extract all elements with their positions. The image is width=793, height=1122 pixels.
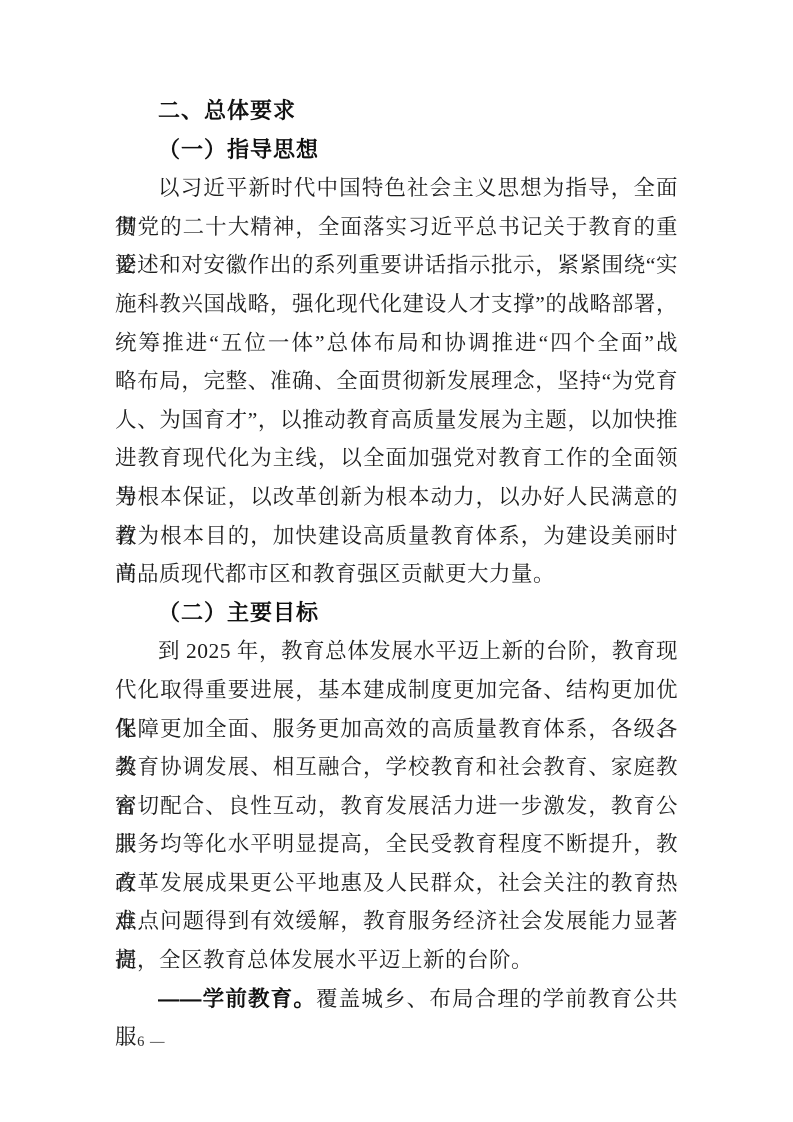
paragraph-line: 施科教兴国战略，强化现代化建设人才支撑”的战略部署， bbox=[115, 285, 678, 324]
paragraph-line: 略布局，完整、准确、全面贯彻新发展理念，坚持“为党育 bbox=[115, 362, 678, 401]
paragraph-line: 到 2025 年，教育总体发展水平迈上新的台阶，教育现 bbox=[115, 632, 678, 671]
paragraph-line: 改革发展成果更公平地惠及人民群众，社会关注的教育热点 bbox=[115, 864, 678, 903]
paragraph-line: 高品质现代都市区和教育强区贡献更大力量。 bbox=[115, 555, 678, 594]
paragraph-line: 彻党的二十大精神，全面落实习近平总书记关于教育的重要 bbox=[115, 208, 678, 247]
paragraph-line: 为根本保证，以改革创新为根本动力，以办好人民满意的教 bbox=[115, 478, 678, 517]
main-heading: 二、总体要求 bbox=[115, 92, 678, 131]
dash-item-line: ——学前教育。覆盖城乡、布局合理的学前教育公共服 bbox=[115, 980, 678, 1019]
paragraph-line: 进教育现代化为主线，以全面加强党对教育工作的全面领导 bbox=[115, 439, 678, 478]
dash-item-lead: ——学前教育。 bbox=[158, 987, 316, 1011]
paragraph-line: 育为根本目的，加快建设高质量教育体系，为建设美丽时尚 bbox=[115, 517, 678, 556]
paragraph-line: 论述和对安徽作出的系列重要讲话指示批示，紧紧围绕“实 bbox=[115, 246, 678, 285]
paragraph-line: 教育协调发展、相互融合，学校教育和社会教育、家庭教育 bbox=[115, 748, 678, 787]
paragraph-line: 保障更加全面、服务更加高效的高质量教育体系，各级各类 bbox=[115, 710, 678, 749]
paragraph-line: 以习近平新时代中国特色社会主义思想为指导，全面贯 bbox=[115, 169, 678, 208]
paragraph-line: 统筹推进“五位一体”总体布局和协调推进“四个全面”战 bbox=[115, 324, 678, 363]
paragraph-line: 服务均等化水平明显提高，全民受教育程度不断提升，教育 bbox=[115, 825, 678, 864]
paragraph-line: 高，全区教育总体发展水平迈上新的台阶。 bbox=[115, 941, 678, 980]
paragraph-line: 人、为国育才”，以推动教育高质量发展为主题，以加快推 bbox=[115, 401, 678, 440]
section-2-heading: （二）主要目标 bbox=[115, 594, 678, 633]
paragraph-line: 密切配合、良性互动，教育发展活力进一步激发，教育公共 bbox=[115, 787, 678, 826]
section-1-heading: （一）指导思想 bbox=[115, 131, 678, 170]
document-page: 二、总体要求 （一）指导思想 以习近平新时代中国特色社会主义思想为指导，全面贯 … bbox=[115, 92, 678, 1018]
paragraph-line: 代化取得重要进展，基本建成制度更加完备、结构更加优化、 bbox=[115, 671, 678, 710]
paragraph-line: 难点问题得到有效缓解，教育服务经济社会发展能力显著提 bbox=[115, 902, 678, 941]
page-number: — 6 — bbox=[117, 1032, 166, 1052]
